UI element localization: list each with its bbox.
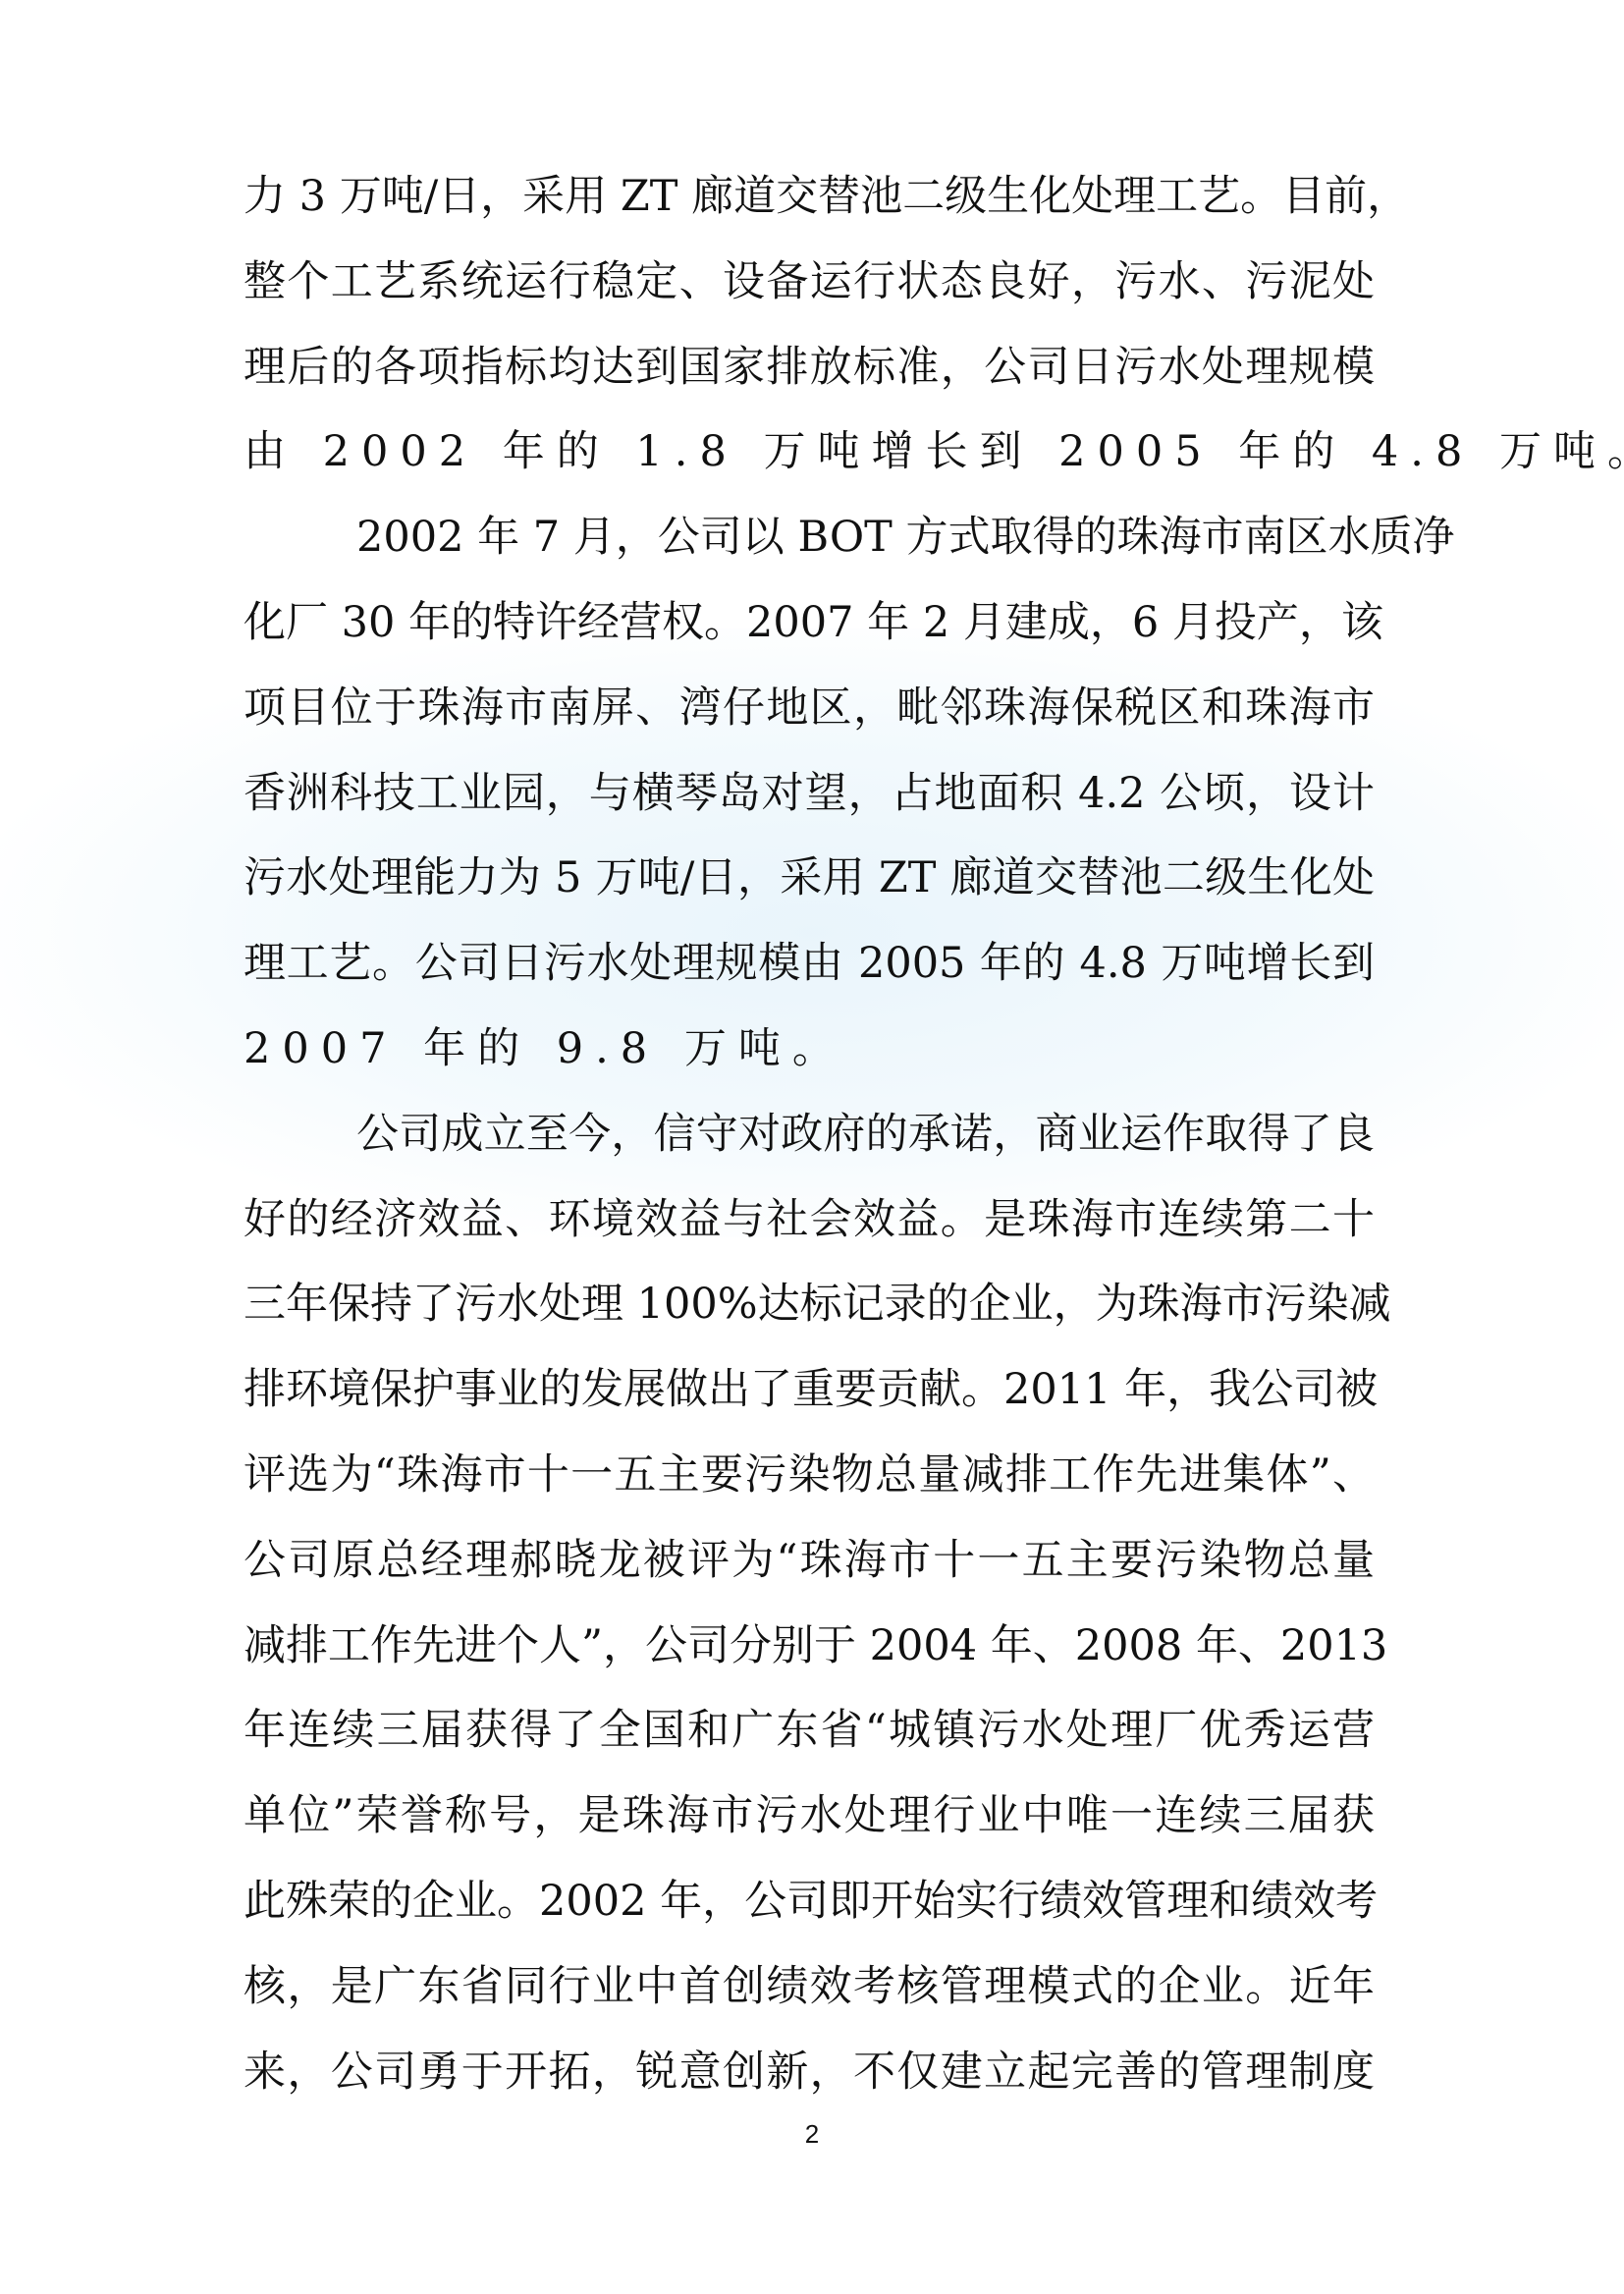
text-line: 此殊荣的企业。2002 年，公司即开始实行绩效管理和绩效考 <box>244 1877 1375 1926</box>
text-line: 2002 年 7 月，公司以 BOT 方式取得的珠海市南区水质净 <box>356 513 1375 562</box>
text-line: 评选为“珠海市十一五主要污染物总量减排工作先进集体”、 <box>244 1450 1375 1500</box>
text-line: 项目位于珠海市南屏、湾仔地区，毗邻珠海保税区和珠海市 <box>244 683 1375 733</box>
text-line: 三年保持了污水处理 100%达标记录的企业，为珠海市污染减 <box>244 1280 1375 1329</box>
text-line: 力 3 万吨/日，采用 ZT 廊道交替池二级生化处理工艺。目前， <box>244 172 1375 221</box>
text-line: 公司成立至今，信守对政府的承诺，商业运作取得了良 <box>356 1110 1375 1159</box>
text-line: 公司原总经理郝晓龙被评为“珠海市十一五主要污染物总量 <box>244 1536 1375 1585</box>
page-number: 2 <box>0 2119 1624 2150</box>
text-line: 年连续三届获得了全国和广东省“城镇污水处理厂优秀运营 <box>244 1706 1375 1755</box>
text-line: 来，公司勇于开拓，锐意创新，不仅建立起完善的管理制度 <box>244 2048 1375 2097</box>
text-line: 排环境保护事业的发展做出了重要贡献。2011 年，我公司被 <box>244 1365 1375 1414</box>
text-line: 减排工作先进个人”，公司分别于 2004 年、2008 年、2013 <box>244 1621 1375 1670</box>
text-line: 污水处理能力为 5 万吨/日，采用 ZT 廊道交替池二级生化处 <box>244 853 1375 902</box>
text-line: 整个工艺系统运行稳定、设备运行状态良好，污水、污泥处 <box>244 257 1375 306</box>
text-line: 2007 年的 9.8 万吨。 <box>244 1024 1375 1073</box>
document-page: 力 3 万吨/日，采用 ZT 廊道交替池二级生化处理工艺。目前，整个工艺系统运行… <box>0 0 1624 2294</box>
text-line: 核，是广东省同行业中首创绩效考核管理模式的企业。近年 <box>244 1962 1375 2011</box>
text-line: 理后的各项指标均达到国家排放标准，公司日污水处理规模 <box>244 343 1375 392</box>
text-line: 理工艺。公司日污水处理规模由 2005 年的 4.8 万吨增长到 <box>244 939 1375 988</box>
text-line: 好的经济效益、环境效益与社会效益。是珠海市连续第二十 <box>244 1195 1375 1244</box>
text-line: 单位”荣誉称号，是珠海市污水处理行业中唯一连续三届获 <box>244 1791 1375 1840</box>
text-line: 香洲科技工业园，与横琴岛对望，占地面积 4.2 公顷，设计 <box>244 769 1375 818</box>
text-line: 化厂 30 年的特许经营权。2007 年 2 月建成，6 月投产，该 <box>244 598 1375 647</box>
text-line: 由 2002 年的 1.8 万吨增长到 2005 年的 4.8 万吨。 <box>244 427 1375 476</box>
